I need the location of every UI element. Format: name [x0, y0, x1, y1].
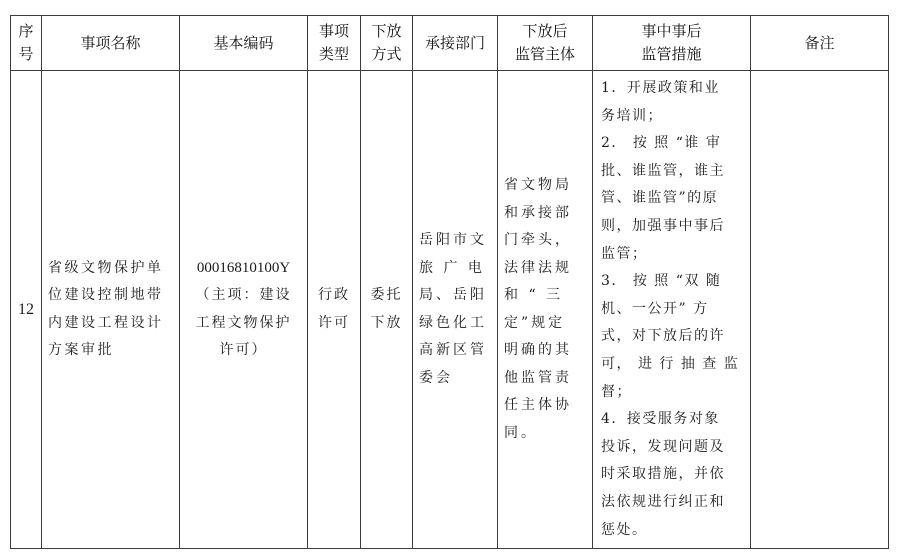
cell-code: 00016810100Y （主项：建设 工程文物保护 许可） — [180, 71, 308, 549]
cell-name: 省级文物保护单 位建设控制地带 内建设工程设计 方案审批 — [42, 71, 180, 549]
header-row: 序 号 事项名称 基本编码 事项 类型 下放 方式 承接部门 下放后 监管主体 … — [11, 16, 889, 71]
cell-type: 行政 许可 — [308, 71, 361, 549]
cell-remarks — [751, 71, 889, 549]
header-measures: 事中事后 监管措施 — [593, 16, 751, 71]
table-row: 12 省级文物保护单 位建设控制地带 内建设工程设计 方案审批 00016810… — [11, 71, 889, 549]
header-remarks: 备注 — [751, 16, 889, 71]
cell-seq: 12 — [11, 71, 42, 549]
cell-measures: 1．开展政策和业 务培训； 2． 按 照 “谁 审 批、谁监管，谁主 管、谁监管… — [593, 71, 751, 549]
cell-dept: 岳阳市文 旅 广 电 局、岳阳 绿色化工 高新区管 委会 — [413, 71, 498, 549]
cell-supervisor: 省文物局 和承接部 门牵头， 法律法规 和 “ 三 定”规定 明确的其 他监管责… — [498, 71, 593, 549]
header-method: 下放 方式 — [361, 16, 413, 71]
header-type: 事项 类型 — [308, 16, 361, 71]
header-supervisor: 下放后 监管主体 — [498, 16, 593, 71]
header-name: 事项名称 — [42, 16, 180, 71]
header-seq: 序 号 — [11, 16, 42, 71]
matters-table: 序 号 事项名称 基本编码 事项 类型 下放 方式 承接部门 下放后 监管主体 … — [10, 15, 889, 549]
cell-method: 委托 下放 — [361, 71, 413, 549]
header-dept: 承接部门 — [413, 16, 498, 71]
header-code: 基本编码 — [180, 16, 308, 71]
